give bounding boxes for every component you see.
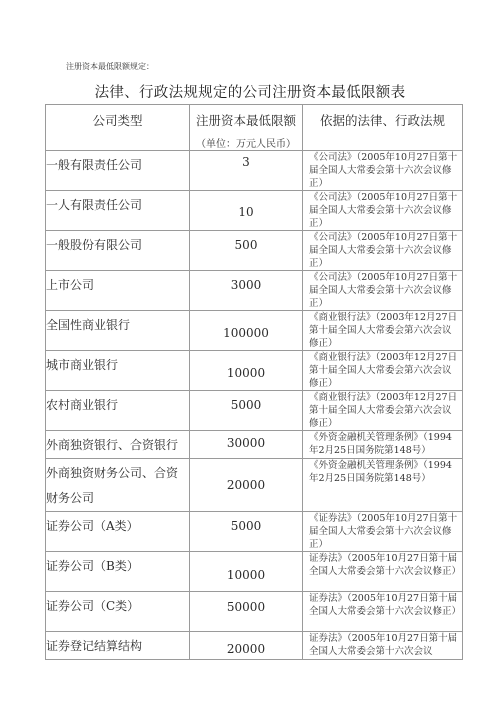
amount-cell: 10 xyxy=(190,191,303,231)
company-type-cell: 一般股份有限公司 xyxy=(46,231,190,271)
company-type-cell: 农村商业银行 xyxy=(46,391,190,431)
amount-value: 10 xyxy=(190,205,302,219)
legal-basis-cell: 《外资金融机关管理条例》（1994年2月25日国务院第148号） xyxy=(303,431,463,459)
header-legal-basis-label: 依据的法律、行政法规 xyxy=(303,111,462,129)
amount-cell: 500 xyxy=(190,231,303,271)
table-row: 农村商业银行 5000 《商业银行法》（2003年12月27日第十届全国人大常委… xyxy=(46,391,463,431)
table-row: 一般有限责任公司 3 《公司法》（2005年10月27日第十届全国人大常委会第十… xyxy=(46,151,463,191)
amount-cell: 50000 xyxy=(190,592,303,632)
legal-basis-cell: 《公司法》（2005年10月27日第十届全国人大常委会第十六次会议修正） xyxy=(303,191,463,231)
table-row: 一般股份有限公司 500 《公司法》（2005年10月27日第十届全国人大常委会… xyxy=(46,231,463,271)
company-type-cell: 一人有限责任公司 xyxy=(46,191,190,231)
amount-value: 20000 xyxy=(190,478,302,492)
company-type-cell: 全国性商业银行 xyxy=(46,311,190,351)
company-type-cell: 外商独资财务公司、合资财务公司 xyxy=(46,459,190,512)
intro-label: 注册资本最低限额规定： xyxy=(66,61,154,72)
company-type-cell: 证券登记结算结构 xyxy=(46,632,190,660)
amount-value: 50000 xyxy=(190,600,302,614)
table-row: 一人有限责任公司 10 《公司法》（2005年10月27日第十届全国人大常委会第… xyxy=(46,191,463,231)
legal-basis-cell: 《公司法》（2005年10月27日第十届全国人大常委会第十六次会议修正） xyxy=(303,151,463,191)
amount-cell: 5000 xyxy=(190,391,303,431)
company-type-cell: 上市公司 xyxy=(46,271,190,311)
header-min-capital-unit: （单位：万元人民币） xyxy=(190,135,302,150)
legal-basis-cell: 证券法》（2005年10月27日第十届全国人大常委会第十六次会议修正） xyxy=(303,592,463,632)
amount-value: 5000 xyxy=(190,398,302,412)
amount-value: 10000 xyxy=(190,366,302,380)
amount-cell: 10000 xyxy=(190,351,303,391)
amount-cell: 100000 xyxy=(190,311,303,351)
table-row: 外商独资财务公司、合资财务公司 20000 《外资金融机关管理条例》（1994年… xyxy=(46,459,463,512)
amount-value: 3 xyxy=(190,155,302,169)
header-min-capital-label: 注册资本最低限额 xyxy=(190,111,302,129)
table-title: 法律、行政法规规定的公司注册资本最低限额表 xyxy=(0,81,500,102)
header-min-capital: 注册资本最低限额 （单位：万元人民币） xyxy=(190,105,303,151)
table-row: 证券公司（A类） 5000 《证券法》（2005年10月27日第十届全国人大常委… xyxy=(46,512,463,552)
company-type-cell: 外商独资银行、合资银行 xyxy=(46,431,190,459)
table-row: 证券公司（C类） 50000 证券法》（2005年10月27日第十届全国人大常委… xyxy=(46,592,463,632)
header-legal-basis: 依据的法律、行政法规 xyxy=(303,105,463,151)
amount-value: 100000 xyxy=(190,326,302,340)
amount-cell: 3 xyxy=(190,151,303,191)
table-row: 城市商业银行 10000 《商业银行法》（2003年12月27日第十届全国人大常… xyxy=(46,351,463,391)
amount-cell: 30000 xyxy=(190,431,303,459)
header-company-type: 公司类型 xyxy=(46,105,190,151)
header-company-type-label: 公司类型 xyxy=(46,111,189,129)
legal-basis-cell: 《公司法》（2005年10月27日第十届全国人大常委会第十六次会议修正） xyxy=(303,231,463,271)
legal-basis-cell: 《公司法》（2005年10月27日第十届全国人大常委会第十六次会议修正） xyxy=(303,271,463,311)
amount-value: 20000 xyxy=(190,642,302,656)
table-row: 全国性商业银行 100000 《商业银行法》（2003年12月27日第十届全国人… xyxy=(46,311,463,351)
company-type-cell: 城市商业银行 xyxy=(46,351,190,391)
amount-cell: 3000 xyxy=(190,271,303,311)
amount-value: 500 xyxy=(190,238,302,252)
table-row: 证券登记结算结构 20000 证券法》（2005年10月27日第十届全国人大常委… xyxy=(46,632,463,660)
company-type-cell: 证券公司（C类） xyxy=(46,592,190,632)
legal-basis-cell: 《商业银行法》（2003年12月27日第十届全国人大常委会第六次会议修正） xyxy=(303,351,463,391)
table-row: 上市公司 3000 《公司法》（2005年10月27日第十届全国人大常委会第十六… xyxy=(46,271,463,311)
legal-basis-cell: 《商业银行法》（2003年12月27日第十届全国人大常委会第六次会议修正） xyxy=(303,391,463,431)
company-type-cell: 一般有限责任公司 xyxy=(46,151,190,191)
amount-cell: 5000 xyxy=(190,512,303,552)
legal-basis-cell: 《商业银行法》（2003年12月27日第十届全国人大常委会第六次会议修正） xyxy=(303,311,463,351)
amount-cell: 20000 xyxy=(190,459,303,512)
amount-cell: 20000 xyxy=(190,632,303,660)
amount-value: 30000 xyxy=(190,436,302,450)
company-type-cell: 证券公司（B类） xyxy=(46,552,190,592)
amount-value: 3000 xyxy=(190,278,302,292)
legal-basis-cell: 证券法》（2005年10月27日第十届全国人大常委会第十六次会议修正） xyxy=(303,552,463,592)
legal-basis-cell: 《证券法》（2005年10月27日第十届全国人大常委会第十六次会议修正） xyxy=(303,512,463,552)
company-type-cell: 证券公司（A类） xyxy=(46,512,190,552)
amount-value: 5000 xyxy=(190,519,302,533)
amount-cell: 10000 xyxy=(190,552,303,592)
table-row: 外商独资银行、合资银行 30000 《外资金融机关管理条例》（1994年2月25… xyxy=(46,431,463,459)
legal-basis-cell: 证券法》（2005年10月27日第十届全国人大常委会第十六次会议 xyxy=(303,632,463,660)
legal-basis-cell: 《外资金融机关管理条例》（1994年2月25日国务院第148号） xyxy=(303,459,463,512)
table-header-row: 公司类型 注册资本最低限额 （单位：万元人民币） 依据的法律、行政法规 xyxy=(46,105,463,151)
min-capital-table: 公司类型 注册资本最低限额 （单位：万元人民币） 依据的法律、行政法规 一般有限… xyxy=(45,104,463,660)
amount-value: 10000 xyxy=(190,568,302,582)
table-row: 证券公司（B类） 10000 证券法》（2005年10月27日第十届全国人大常委… xyxy=(46,552,463,592)
